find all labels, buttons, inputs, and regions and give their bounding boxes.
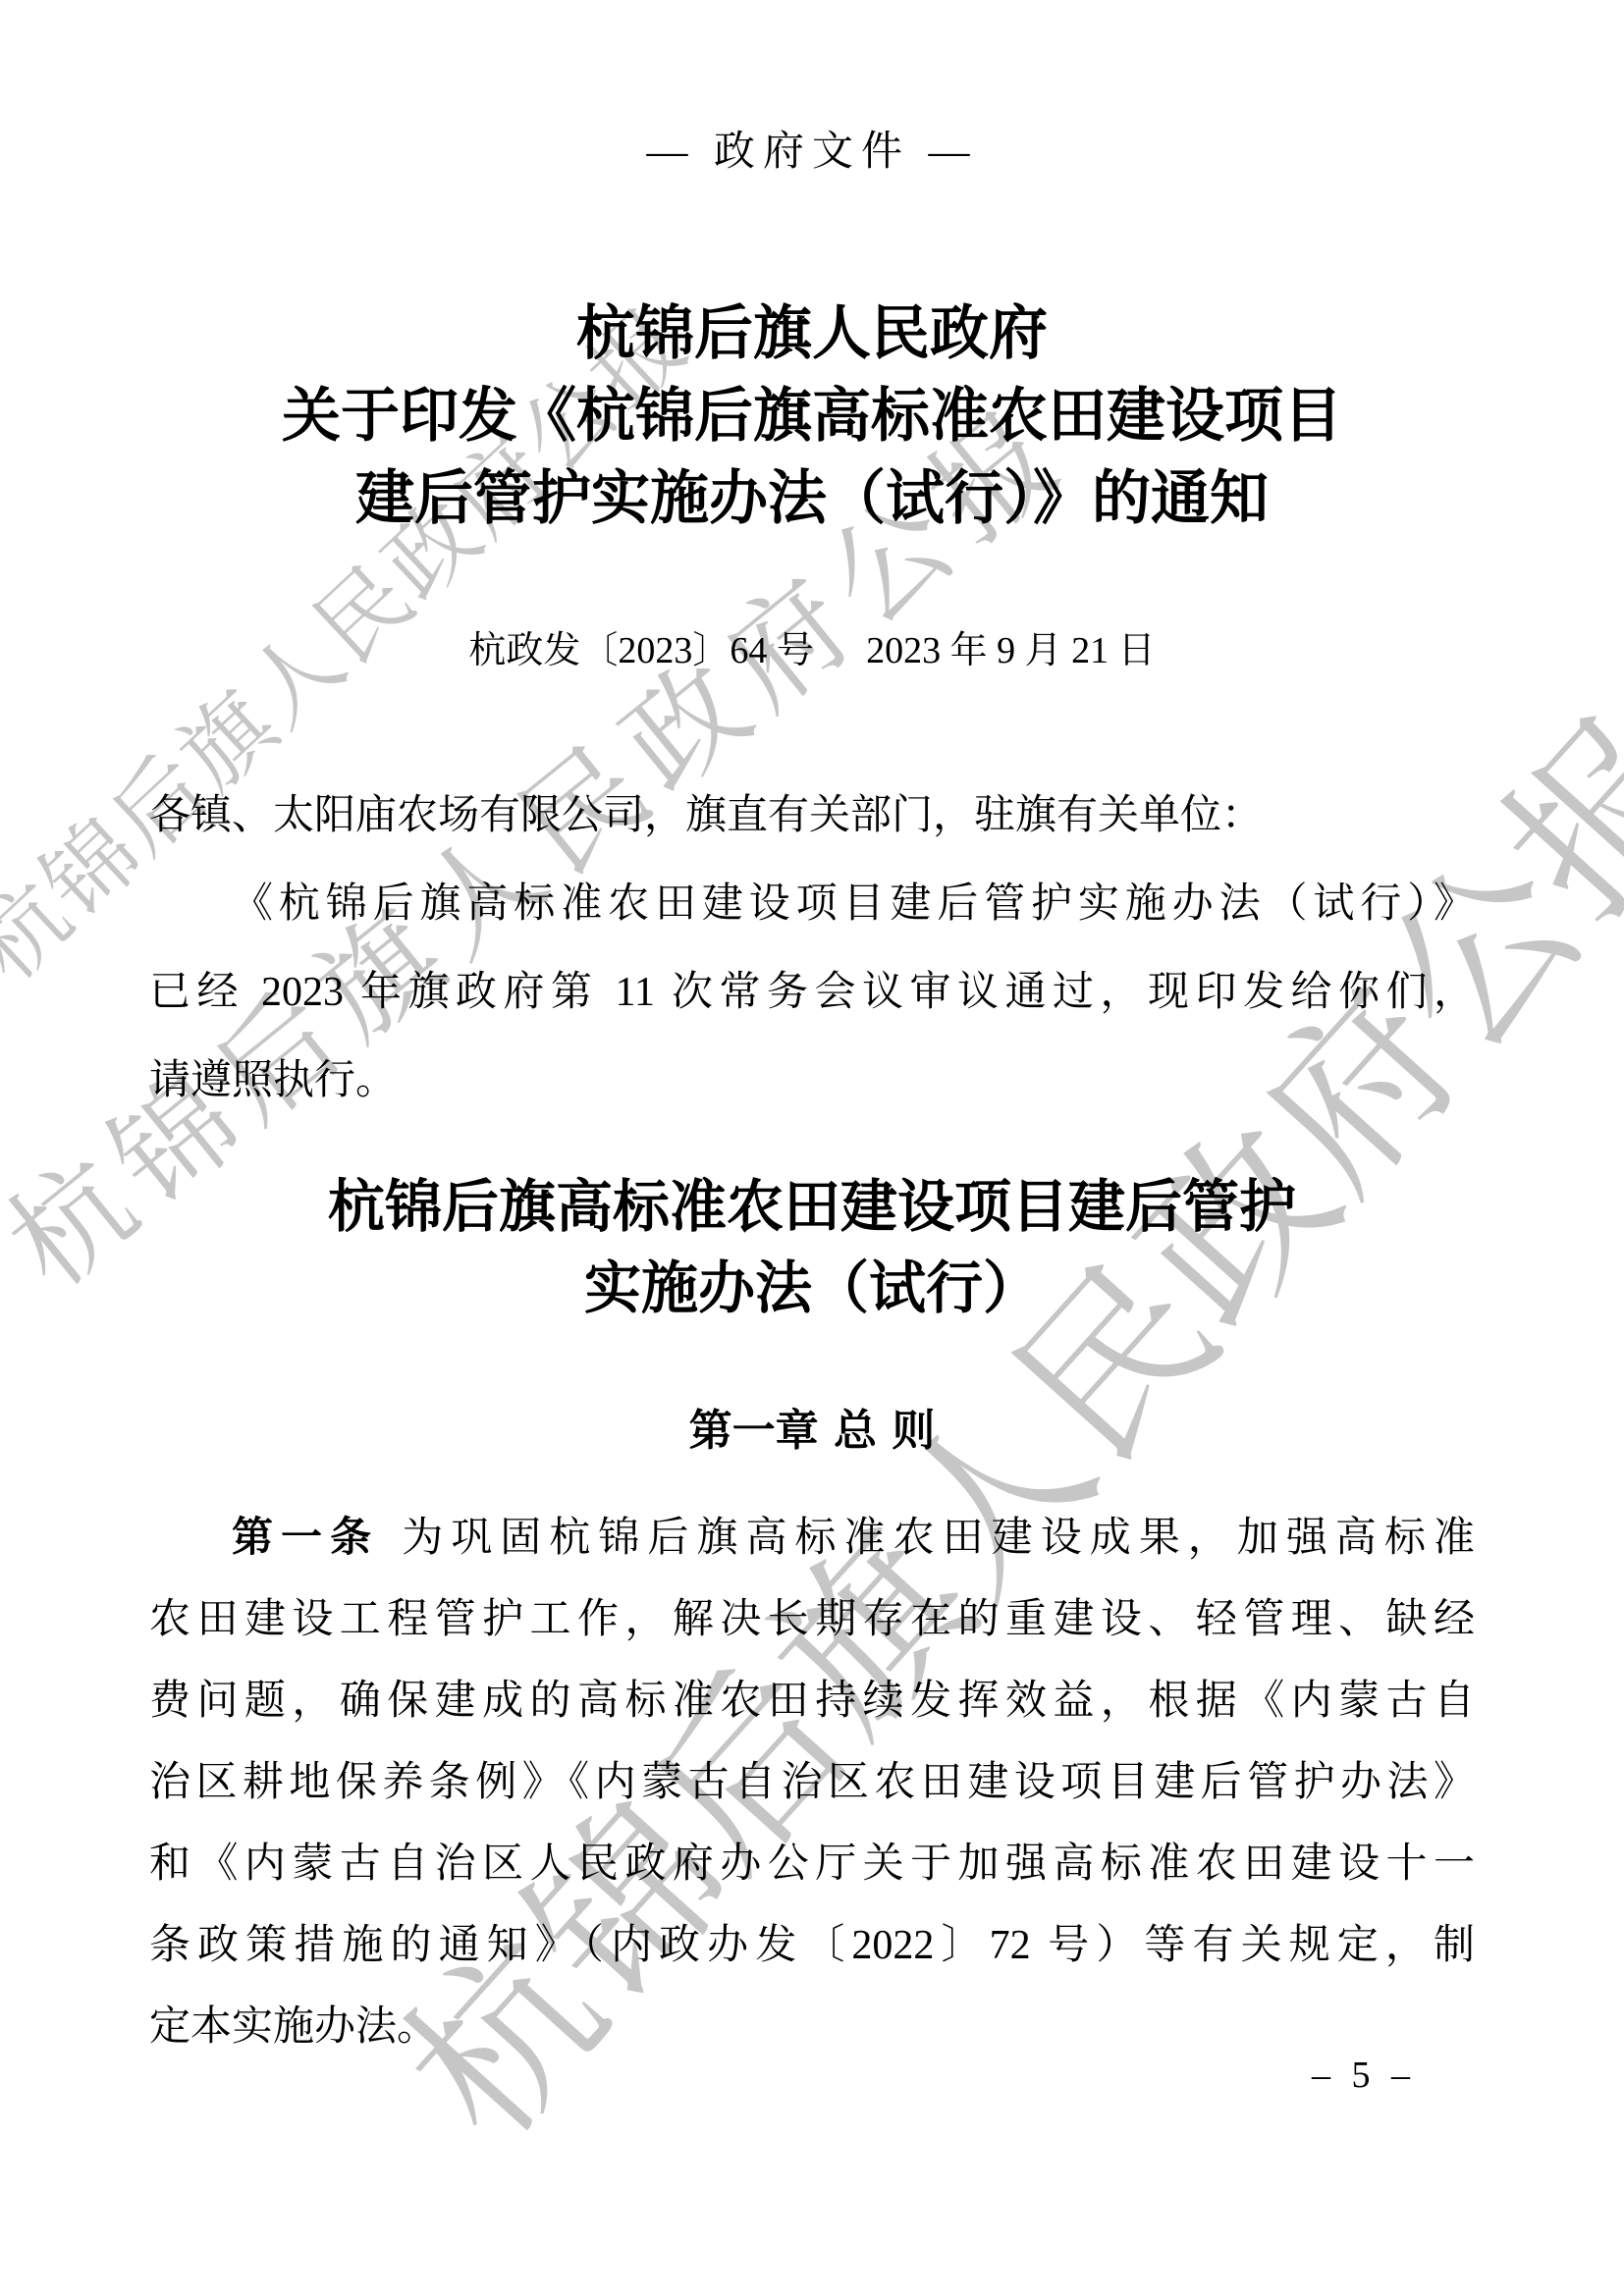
article-line: 费问题，确保建成的高标准农田持续发挥效益，根据《内蒙古自 (149, 1661, 1475, 1742)
measure-title-line-1: 杭锦后旗高标准农田建设项目建后管护 (0, 1166, 1624, 1248)
article-line: 第一条为巩固杭锦后旗高标准农田建设成果，加强高标准 (149, 1496, 1475, 1579)
notice-paragraph-line: 已经 2023 年旗政府第 11 次常务会议审议通过，现印发给你们， (149, 948, 1475, 1037)
article-line: 治区耕地保养条例》《内蒙古自治区农田建设项目建后管护办法》 (149, 1742, 1475, 1824)
doc-date: 2023 年 9 月 21 日 (866, 630, 1156, 671)
gazette-page: 杭锦后旗人民政府公报 杭锦后旗人民政府公报 杭锦后旗人民政府公报 — 政府文件 … (0, 0, 1624, 2296)
document-type-header: — 政府文件 — (0, 128, 1624, 177)
notice-paragraph-line: 请遵照执行。 (149, 1037, 1475, 1125)
notice-title-line-1: 杭锦后旗人民政府 (0, 293, 1624, 375)
notice-paragraph-line: 《杭锦后旗高标准农田建设项目建后管护实施办法（试行）》 (149, 860, 1475, 948)
article-line: 和《内蒙古自治区人民政府办公厅关于加强高标准农田建设十一 (149, 1824, 1475, 1905)
article-line: 条政策措施的通知》（内政办发〔2022〕72 号）等有关规定，制 (149, 1905, 1475, 1987)
recipients-line: 各镇、太阳庙农场有限公司，旗直有关部门，驻旗有关单位： (149, 772, 1475, 860)
measure-title: 杭锦后旗高标准农田建设项目建后管护 实施办法（试行） (0, 1166, 1624, 1329)
chapter-heading: 第一章 总 则 (0, 1406, 1624, 1457)
document-content: — 政府文件 — 杭锦后旗人民政府 关于印发《杭锦后旗高标准农田建设项目 建后管… (0, 128, 1624, 2068)
article-1-label: 第一条 (232, 1513, 379, 1561)
page-number: – 5 – (1312, 2054, 1416, 2097)
article-line: 定本实施办法。 (149, 1987, 1475, 2068)
measure-title-line-2: 实施办法（试行） (0, 1248, 1624, 1329)
notice-title-line-3: 建后管护实施办法（试行）》的通知 (0, 457, 1624, 540)
article-line: 农田建设工程管护工作，解决长期存在的重建设、轻管理、缺经 (149, 1579, 1475, 1661)
doc-number-line: 杭政发〔2023〕64 号2023 年 9 月 21 日 (0, 626, 1624, 675)
article-line-text: 为巩固杭锦后旗高标准农田建设成果，加强高标准 (402, 1516, 1475, 1561)
article-1-body: 第一条为巩固杭锦后旗高标准农田建设成果，加强高标准 农田建设工程管护工作，解决长… (0, 1496, 1624, 2068)
notice-title: 杭锦后旗人民政府 关于印发《杭锦后旗高标准农田建设项目 建后管护实施办法（试行）… (0, 293, 1624, 540)
doc-number: 杭政发〔2023〕64 号 (468, 630, 814, 671)
notice-title-line-2: 关于印发《杭锦后旗高标准农田建设项目 (0, 375, 1624, 457)
notice-body: 各镇、太阳庙农场有限公司，旗直有关部门，驻旗有关单位： 《杭锦后旗高标准农田建设… (0, 772, 1624, 1125)
